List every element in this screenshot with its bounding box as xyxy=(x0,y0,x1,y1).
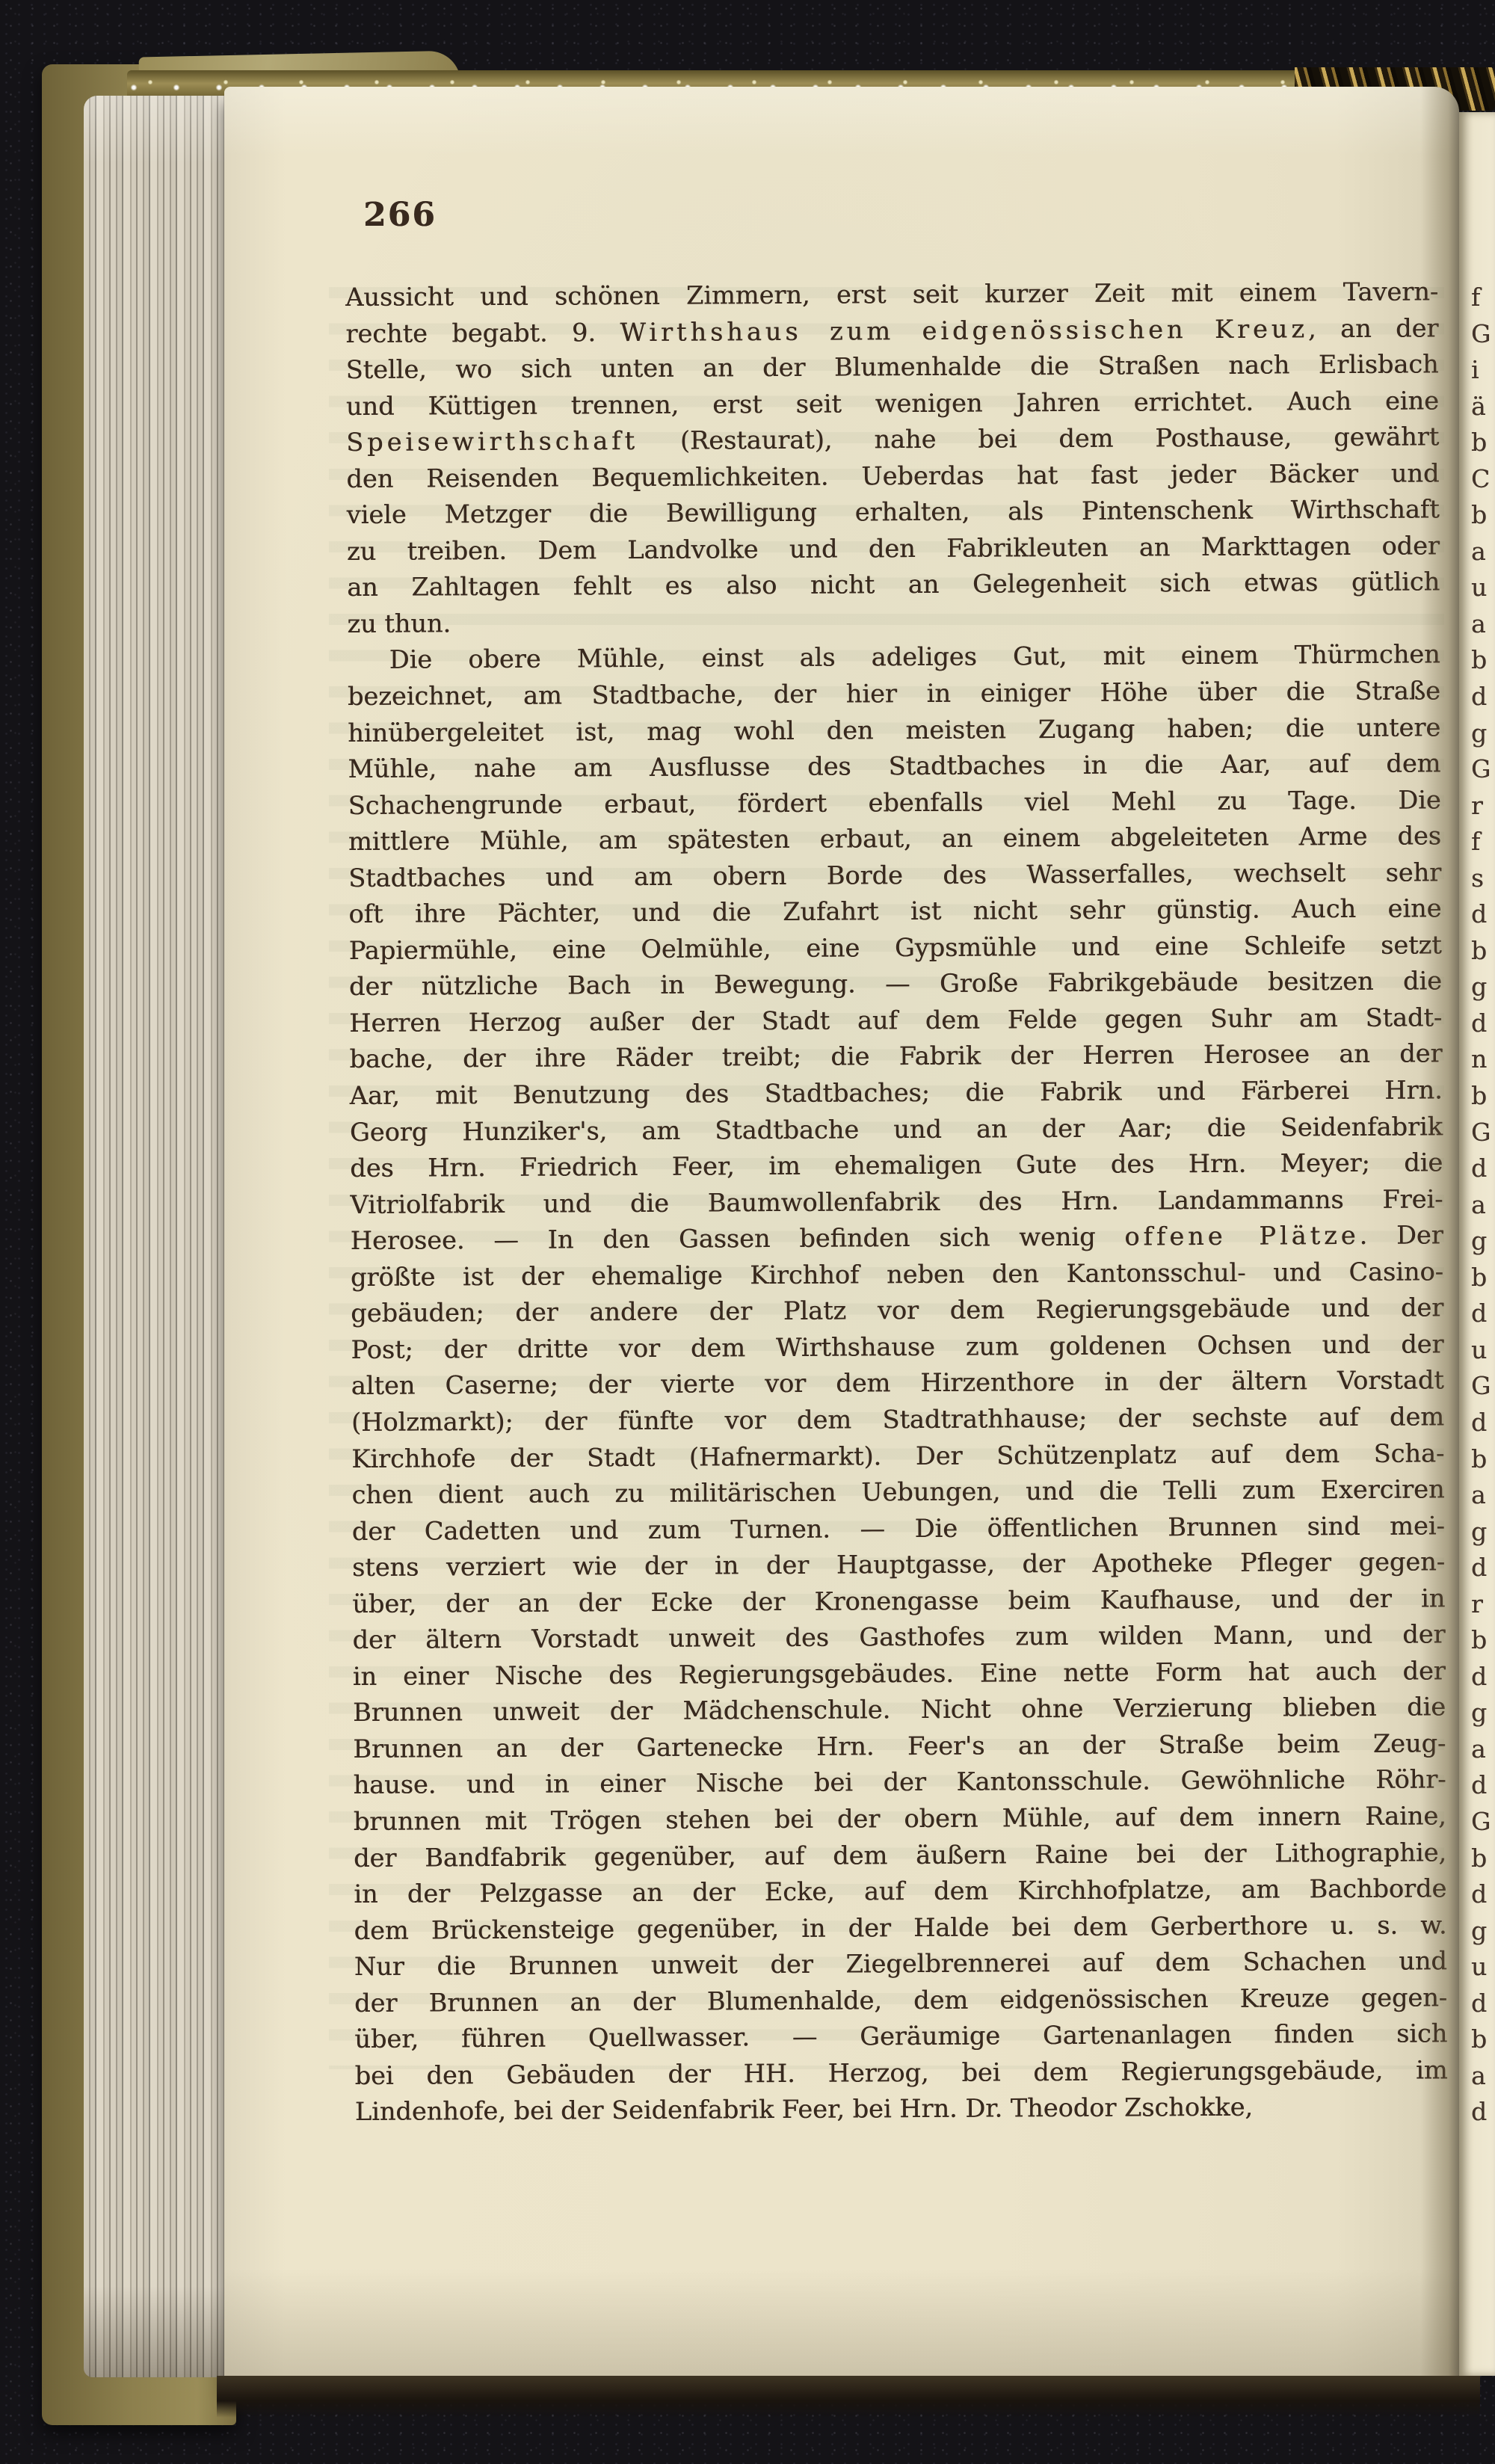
edge-fragment: b xyxy=(1471,2021,1495,2058)
text-line: Georg Hunziker's, am Stadtbache und an d… xyxy=(350,1109,1443,1151)
edge-fragment: b xyxy=(1471,1841,1495,1877)
photo-background: { "colors":{"paper":"#ece4ca","ink":"#38… xyxy=(0,0,1495,2464)
edge-fragment: b xyxy=(1471,1622,1495,1659)
text-line: Kirchhofe der Stadt (Hafnermarkt). Der S… xyxy=(351,1435,1444,1477)
edge-fragment: d xyxy=(1471,2094,1495,2131)
edge-fragment: d xyxy=(1471,1405,1495,1441)
edge-fragment-column: fGiäbCbauabdgGrfsdbgdnbGdagbduGdbagdrbdg… xyxy=(1459,112,1495,2131)
edge-fragment: g xyxy=(1471,1695,1495,1731)
edge-fragment: a xyxy=(1471,534,1495,570)
edge-fragment: d xyxy=(1471,1550,1495,1586)
text-segment: Nur die Brunnen unweit der Ziegelbrenner… xyxy=(354,1946,1447,1981)
text-segment: Post; der dritte vor dem Wirthshause zum… xyxy=(351,1329,1443,1364)
edge-fragment: G xyxy=(1471,1115,1495,1151)
text-segment: Stelle, wo sich unten an der Blumenhalde… xyxy=(346,349,1439,384)
text-segment: bezeichnet, am Stadtbache, der hier in e… xyxy=(348,676,1440,711)
text-segment: den Reisenden Bequemlichkeiten. Ueberdas… xyxy=(346,458,1439,493)
text-segment: über, führen Quellwasser. — Geräumige Ga… xyxy=(354,2019,1447,2054)
text-line: stens verziert wie der in der Hauptgasse… xyxy=(352,1544,1445,1586)
text-line: gebäuden; der andere der Platz vor dem R… xyxy=(351,1290,1443,1332)
text-segment: alten Caserne; der vierte vor dem Hirzen… xyxy=(351,1366,1444,1401)
text-segment: der nützliche Bach in Bewegung. — Große … xyxy=(349,967,1442,1002)
text-line: Speisewirthschaft (Restaurat), nahe bei … xyxy=(346,419,1439,461)
text-line: Papiermühle, eine Oelmühle, eine Gypsmüh… xyxy=(349,927,1442,969)
fore-edge-page-stack xyxy=(84,96,233,2377)
text-line: an Zahltagen fehlt es also nicht an Gele… xyxy=(347,564,1440,606)
text-segment: bei den Gebäuden der HH. Herzog, bei dem… xyxy=(354,2055,1447,2090)
text-segment: Schachengrunde erbaut, fördert ebenfalls… xyxy=(348,785,1441,820)
text-line: rechte begabt. 9. Wirthshaus zum eidgenö… xyxy=(345,310,1438,352)
letterspaced-text: offene Plätze xyxy=(1124,1221,1359,1251)
text-line: Vitriolfabrik und die Baumwollenfabrik d… xyxy=(350,1181,1443,1223)
text-line: oft ihre Pächter, und die Zufahrt ist ni… xyxy=(348,891,1441,933)
edge-fragment: b xyxy=(1471,933,1495,970)
text-line: der ältern Vorstadt unweit des Gasthofes… xyxy=(352,1617,1445,1659)
edge-fragment: r xyxy=(1471,788,1495,825)
text-line: bache, der ihre Räder treibt; die Fabrik… xyxy=(349,1036,1442,1078)
edge-fragment: G xyxy=(1471,751,1495,788)
text-line: Brunnen an der Gartenecke Hrn. Feer's an… xyxy=(353,1725,1446,1767)
edge-fragment: a xyxy=(1471,1187,1495,1224)
text-segment: zu thun. xyxy=(347,609,451,638)
text-segment: mittlere Mühle, am spätesten erbaut, an … xyxy=(348,822,1441,857)
text-line: zu thun. xyxy=(347,600,1440,642)
edge-fragment: s xyxy=(1471,860,1495,897)
text-line: des Hrn. Friedrich Feer, im ehemaligen G… xyxy=(350,1145,1443,1186)
page-number: 266 xyxy=(363,196,437,234)
edge-fragment: f xyxy=(1471,824,1495,860)
edge-fragment: g xyxy=(1471,715,1495,752)
text-segment: hause. und in einer Nische bei der Kanto… xyxy=(353,1765,1446,1800)
edge-fragment: a xyxy=(1471,1731,1495,1768)
text-segment: (Holzmarkt); der fünfte vor dem Stadtrat… xyxy=(351,1402,1444,1437)
text-segment: Die obere Mühle, einst als adeliges Gut,… xyxy=(389,640,1440,674)
book-page: 266 Aussicht und schönen Zimmern, erst s… xyxy=(224,87,1459,2383)
edge-fragment: n xyxy=(1471,1041,1495,1078)
text-segment: Herren Herzog außer der Stadt auf dem Fe… xyxy=(349,1002,1442,1038)
text-segment: des Hrn. Friedrich Feer, im ehemaligen G… xyxy=(350,1148,1443,1183)
text-line: Stadtbaches und am obern Borde des Wasse… xyxy=(348,854,1441,896)
text-segment: der ältern Vorstadt unweit des Gasthofes… xyxy=(352,1620,1445,1655)
text-line: Nur die Brunnen unweit der Ziegelbrenner… xyxy=(354,1943,1447,1985)
edge-fragment: i xyxy=(1471,352,1495,389)
edge-fragment: G xyxy=(1471,316,1495,353)
text-line: Lindenhofe, bei der Seidenfabrik Feer, b… xyxy=(355,2089,1448,2131)
page-bottom-shadow xyxy=(217,2376,1480,2418)
text-line: Die obere Mühle, einst als adeliges Gut,… xyxy=(348,637,1440,679)
text-segment: der Bandfabrik gegenüber, auf dem äußern… xyxy=(354,1838,1446,1873)
text-line: der nützliche Bach in Bewegung. — Große … xyxy=(349,964,1442,1005)
edge-fragment: b xyxy=(1471,425,1495,461)
edge-fragment: d xyxy=(1471,1005,1495,1042)
text-line: der Cadetten und zum Turnen. — Die öffen… xyxy=(352,1508,1445,1550)
text-line: größte ist der ehemalige Kirchhof neben … xyxy=(351,1254,1443,1296)
edge-fragment: b xyxy=(1471,1260,1495,1296)
text-block: Aussicht und schönen Zimmern, erst seit … xyxy=(345,274,1448,2131)
text-segment: über, der an der Ecke der Kronengasse be… xyxy=(352,1583,1445,1618)
text-line: (Holzmarkt); der fünfte vor dem Stadtrat… xyxy=(351,1399,1444,1441)
edge-fragment: b xyxy=(1471,1441,1495,1478)
edge-fragment: d xyxy=(1471,1876,1495,1913)
edge-fragment: g xyxy=(1471,969,1495,1005)
text-segment: an Zahltagen fehlt es also nicht an Gele… xyxy=(347,567,1440,603)
text-line: in einer Nische des Regierungsgebäudes. … xyxy=(353,1653,1446,1695)
text-line: bei den Gebäuden der HH. Herzog, bei dem… xyxy=(354,2052,1447,2094)
text-segment: chen dient auch zu militärischen Uebunge… xyxy=(351,1474,1444,1509)
facing-page-sliver: fGiäbCbauabdgGrfsdbgdnbGdagbduGdbagdrbdg… xyxy=(1459,112,1495,2376)
edge-fragment: g xyxy=(1471,1223,1495,1260)
text-line: hause. und in einer Nische bei der Kanto… xyxy=(353,1762,1446,1804)
edge-fragment: f xyxy=(1471,280,1495,316)
text-segment: Aussicht und schönen Zimmern, erst seit … xyxy=(345,277,1438,312)
text-segment: bache, der ihre Räder treibt; die Fabrik… xyxy=(349,1039,1442,1074)
edge-fragment: u xyxy=(1471,1332,1495,1369)
edge-fragment: d xyxy=(1471,1767,1495,1804)
text-line: bezeichnet, am Stadtbache, der hier in e… xyxy=(348,673,1440,715)
text-segment: in der Pelzgasse an der Ecke, auf dem Ki… xyxy=(354,1873,1446,1909)
text-segment: zu treiben. Dem Landvolke und den Fabrik… xyxy=(347,531,1440,566)
text-segment: Mühle, nahe am Ausflusse des Stadtbaches… xyxy=(348,748,1440,783)
text-line: Post; der dritte vor dem Wirthshause zum… xyxy=(351,1326,1443,1368)
text-segment: Aar, mit Benutzung des Stadtbaches; die … xyxy=(350,1075,1443,1110)
edge-fragment: G xyxy=(1471,1368,1495,1405)
text-segment: viele Metzger die Bewilligung erhalten, … xyxy=(347,495,1440,530)
text-segment: gebäuden; der andere der Platz vor dem R… xyxy=(351,1293,1443,1328)
text-segment: Kirchhofe der Stadt (Hafnermarkt). Der S… xyxy=(351,1438,1444,1473)
text-line: Aussicht und schönen Zimmern, erst seit … xyxy=(345,274,1438,315)
text-segment: rechte begabt. 9. xyxy=(345,318,620,348)
edge-fragment: a xyxy=(1471,2058,1495,2095)
text-segment: dem Brückensteige gegenüber, in der Hald… xyxy=(354,1910,1446,1945)
letterspaced-text: Wirthshaus zum eidgenössischen Kreuz xyxy=(620,314,1308,347)
text-segment: , an der xyxy=(1308,313,1439,343)
text-line: Mühle, nahe am Ausflusse des Stadtbaches… xyxy=(348,745,1440,787)
text-segment: Stadtbaches und am obern Borde des Wasse… xyxy=(348,857,1441,893)
text-line: zu treiben. Dem Landvolke und den Fabrik… xyxy=(347,528,1440,570)
text-line: über, der an der Ecke der Kronengasse be… xyxy=(352,1580,1445,1622)
edge-fragment: u xyxy=(1471,570,1495,606)
text-line: über, führen Quellwasser. — Geräumige Ga… xyxy=(354,2016,1447,2058)
text-line: brunnen mit Trögen stehen bei der obern … xyxy=(354,1798,1446,1840)
text-line: Schachengrunde erbaut, fördert ebenfalls… xyxy=(348,782,1441,824)
text-line: chen dient auch zu militärischen Uebunge… xyxy=(351,1471,1444,1513)
text-line: viele Metzger die Bewilligung erhalten, … xyxy=(347,492,1440,534)
text-line: dem Brückensteige gegenüber, in der Hald… xyxy=(354,1907,1446,1949)
edge-fragment: g xyxy=(1471,1514,1495,1550)
text-segment: brunnen mit Trögen stehen bei der obern … xyxy=(354,1801,1446,1836)
edge-fragment: r xyxy=(1471,1586,1495,1623)
letterspaced-text: Speisewirthschaft xyxy=(346,426,638,457)
text-segment: Lindenhofe, bei der Seidenfabrik Feer, b… xyxy=(355,2092,1253,2126)
text-line: der Bandfabrik gegenüber, auf dem äußern… xyxy=(354,1835,1446,1876)
text-segment: Brunnen an der Gartenecke Hrn. Feer's an… xyxy=(353,1728,1446,1764)
text-line: alten Caserne; der vierte vor dem Hirzen… xyxy=(351,1363,1444,1405)
text-line: Brunnen unweit der Mädchenschule. Nicht … xyxy=(353,1690,1446,1731)
edge-fragment: d xyxy=(1471,679,1495,715)
text-line: Stelle, wo sich unten an der Blumenhalde… xyxy=(346,346,1439,388)
text-segment: oft ihre Pächter, und die Zufahrt ist ni… xyxy=(348,894,1441,929)
edge-fragment: ä xyxy=(1471,389,1495,425)
text-segment: in einer Nische des Regierungsgebäudes. … xyxy=(353,1656,1446,1691)
gutter-crease xyxy=(1420,87,1459,2383)
text-segment: der Brunnen an der Blumenhalde, dem eidg… xyxy=(354,1983,1447,2018)
text-segment: und Küttigen trennen, erst seit wenigen … xyxy=(346,386,1439,421)
text-segment: Vitriolfabrik und die Baumwollenfabrik d… xyxy=(350,1184,1443,1219)
edge-fragment: a xyxy=(1471,1477,1495,1514)
edge-fragment: g xyxy=(1471,1913,1495,1950)
text-line: der Brunnen an der Blumenhalde, dem eidg… xyxy=(354,1980,1447,2021)
edge-fragment: d xyxy=(1471,1296,1495,1332)
edge-fragment: a xyxy=(1471,606,1495,643)
text-segment: Papiermühle, eine Oelmühle, eine Gypsmüh… xyxy=(349,930,1442,965)
text-line: Aar, mit Benutzung des Stadtbaches; die … xyxy=(350,1072,1443,1114)
edge-fragment: d xyxy=(1471,1659,1495,1695)
text-line: Herren Herzog außer der Stadt auf dem Fe… xyxy=(349,1000,1442,1041)
edge-fragment: b xyxy=(1471,1078,1495,1115)
text-line: hinübergeleitet ist, mag wohl den meiste… xyxy=(348,709,1440,751)
edge-fragment: d xyxy=(1471,1986,1495,2022)
edge-fragment: b xyxy=(1471,642,1495,679)
edge-fragment: b xyxy=(1471,497,1495,534)
text-segment: Georg Hunziker's, am Stadtbache und an d… xyxy=(350,1112,1443,1147)
edge-fragment: C xyxy=(1471,461,1495,498)
text-segment: hinübergeleitet ist, mag wohl den meiste… xyxy=(348,712,1440,748)
text-segment: größte ist der ehemalige Kirchhof neben … xyxy=(351,1257,1443,1292)
text-segment: stens verziert wie der in der Hauptgasse… xyxy=(352,1547,1445,1582)
edge-fragment: d xyxy=(1471,1151,1495,1187)
text-segment: Brunnen unweit der Mädchenschule. Nicht … xyxy=(353,1693,1446,1728)
text-line: mittlere Mühle, am spätesten erbaut, an … xyxy=(348,819,1441,860)
text-line: den Reisenden Bequemlichkeiten. Ueberdas… xyxy=(346,455,1439,497)
edge-fragment: d xyxy=(1471,896,1495,933)
text-line: Herosee. — In den Gassen befinden sich w… xyxy=(351,1218,1443,1260)
edge-fragment: G xyxy=(1471,1804,1495,1841)
edge-fragment: u xyxy=(1471,1949,1495,1986)
text-line: und Küttigen trennen, erst seit wenigen … xyxy=(346,383,1439,425)
text-segment: Herosee. — In den Gassen befinden sich w… xyxy=(351,1222,1125,1255)
text-segment: der Cadetten und zum Turnen. — Die öffen… xyxy=(352,1511,1445,1546)
text-line: in der Pelzgasse an der Ecke, auf dem Ki… xyxy=(354,1870,1446,1912)
text-segment: (Restaurat), nahe bei dem Posthause, gew… xyxy=(638,422,1439,456)
